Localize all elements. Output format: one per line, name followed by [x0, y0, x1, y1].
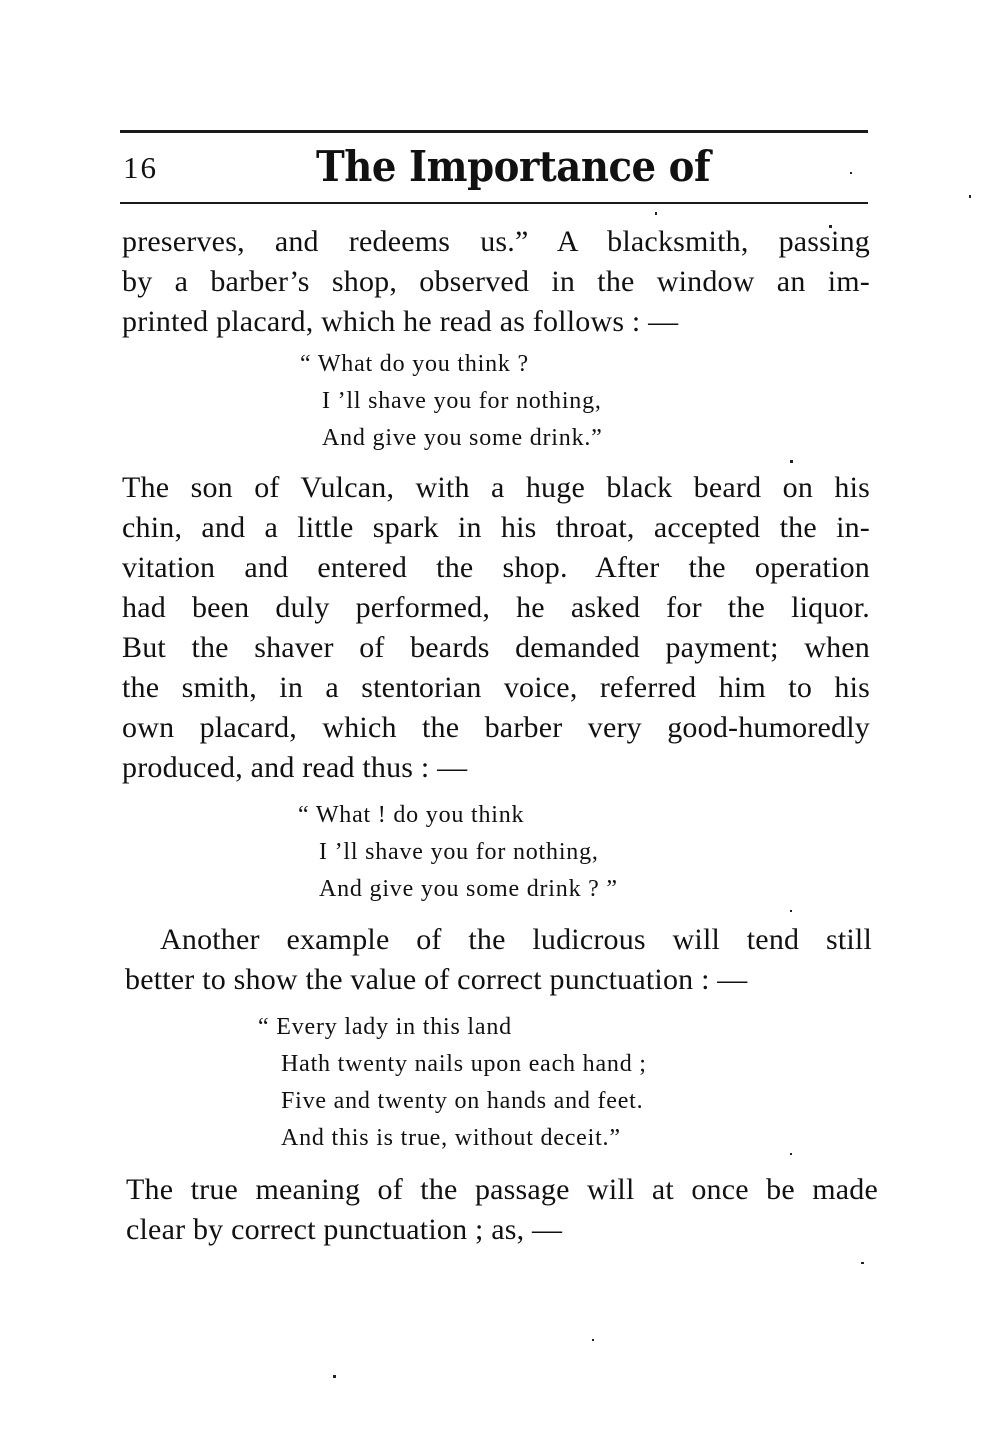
scan-speck: [790, 1187, 792, 1189]
header-top-rule: [120, 130, 868, 133]
verse-line: Hath twenty nails upon each hand ;: [281, 1046, 647, 1083]
scan-speck: [861, 1262, 864, 1264]
verse-line: “ Every lady in this land: [258, 1009, 512, 1046]
verse-line: “ What ! do you think: [298, 797, 524, 834]
verse-line: And give you some drink.”: [322, 420, 603, 457]
verse-line: I ’ll shave you for nothing,: [322, 383, 602, 420]
text-line: chin, and a little spark in his throat, …: [122, 508, 870, 548]
text-line: clear by correct punctuation ; as, —: [126, 1210, 874, 1250]
text-line: produced, and read thus : —: [122, 748, 870, 788]
text-line: the smith, in a stentorian voice, referr…: [122, 668, 870, 708]
text-line: had been duly performed, he asked for th…: [122, 588, 870, 628]
scan-speck: [969, 195, 971, 198]
text-line: But the shaver of beards demanded paymen…: [122, 628, 870, 668]
text-line: vitation and entered the shop. After the…: [122, 548, 870, 588]
scan-speck: [829, 225, 832, 228]
verse-line: “ What do you think ?: [300, 346, 529, 383]
scan-speck: [333, 1375, 336, 1378]
page-number: 16: [123, 150, 158, 186]
verse-line: And this is true, without deceit.”: [281, 1120, 621, 1157]
header-bottom-rule: [120, 202, 868, 204]
text-line: The son of Vulcan, with a huge black bea…: [122, 468, 870, 508]
text-line: The true meaning of the passage will at …: [126, 1170, 878, 1210]
scan-speck: [790, 910, 792, 912]
text-line: better to show the value of correct punc…: [125, 960, 873, 1000]
scan-speck: [592, 1339, 594, 1341]
verse-line: I ’ll shave you for nothing,: [319, 834, 599, 871]
scan-speck: [850, 172, 852, 174]
verse-line: And give you some drink ? ”: [319, 871, 618, 908]
text-line: preserves, and redeems us.” A blacksmith…: [122, 222, 870, 262]
verse-line: Five and twenty on hands and feet.: [281, 1083, 643, 1120]
running-title: The Importance of: [316, 142, 710, 191]
scan-speck: [790, 1153, 792, 1155]
text-line: Another example of the ludicrous will te…: [160, 920, 872, 960]
text-line: own placard, which the barber very good-…: [122, 708, 870, 748]
scan-speck: [790, 460, 793, 463]
scan-speck: [655, 212, 657, 215]
text-line: printed placard, which he read as follow…: [122, 302, 870, 342]
running-head: 16 The Importance of: [120, 140, 868, 196]
text-line: by a barber’s shop, observed in the wind…: [122, 262, 870, 302]
